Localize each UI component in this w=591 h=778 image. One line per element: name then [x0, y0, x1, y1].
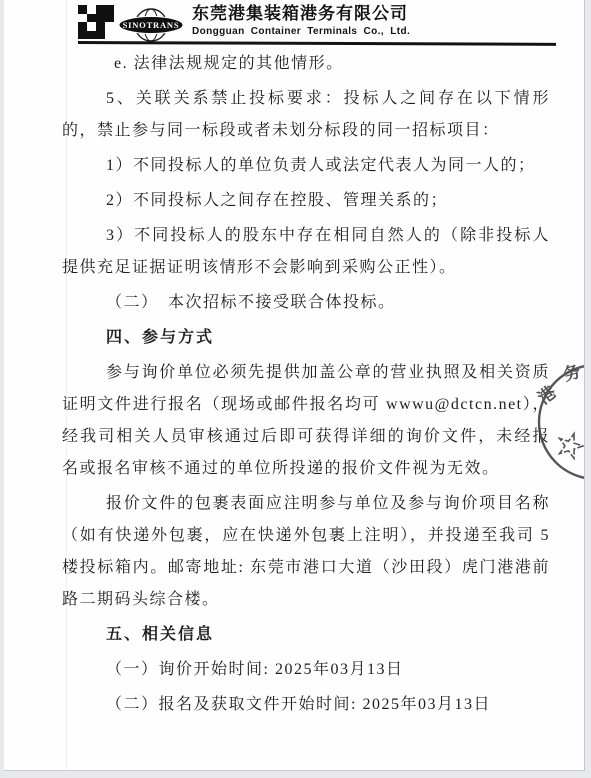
clause-5-item-2: 2）不同投标人之间存在控股、管理关系的；: [62, 185, 550, 217]
seal-outer-ring: [539, 365, 585, 479]
participation-registration-paragraph: 参与询价单位必须先提供加盖公章的营业执照及相关资质证明文件进行报名（现场或邮件报…: [62, 357, 550, 485]
sinotrans-mosaic-logo: [78, 5, 114, 39]
sinotrans-globe-logo: SINOTRANS: [118, 6, 184, 44]
clause-no-consortium-bids: （二） 本次招标不接受联合体投标。: [62, 287, 550, 319]
registration-start-date-line: （二）报名及获取文件开始时间: 2025年03月13日: [62, 689, 550, 721]
section-4-participation-heading: 四、参与方式: [62, 322, 550, 354]
company-titles: 东莞港集装箱港务有限公司 Dongguan Container Terminal…: [192, 3, 410, 38]
document-page: SINOTRANS 东莞港集装箱港务有限公司 Dongguan Containe…: [4, 0, 585, 771]
section-5-related-info-heading: 五、相关信息: [62, 619, 550, 651]
clause-e-other-cases: e. 法律法规规定的其他情形。: [62, 48, 550, 80]
inquiry-start-date-line: （一）询价开始时间: 2025年03月13日: [62, 654, 550, 686]
document-body: e. 法律法规规定的其他情形。 5、关联关系禁止投标要求：投标人之间存在以下情形…: [62, 45, 550, 724]
clause-5-item-3: 3）不同投标人的股东中存在相同自然人的（除非投标人提供充足证据证明该情形不会影响…: [62, 220, 550, 284]
company-name-cn: 东莞港集装箱港务有限公司: [192, 3, 410, 25]
letterhead: SINOTRANS 东莞港集装箱港务有限公司 Dongguan Containe…: [78, 3, 556, 41]
clause-5-related-party-ban: 5、关联关系禁止投标要求：投标人之间存在以下情形的，禁止参与同一标段或者未划分标…: [62, 83, 550, 147]
seal-star-icon: [555, 430, 585, 460]
sinotrans-wordmark: SINOTRANS: [123, 20, 180, 30]
company-seal-stamp: 港 务: [534, 358, 585, 490]
quotation-package-mailing-paragraph: 报价文件的包裹表面应注明参与单位及参与询价项目名称（如有快递外包裹，应在快递外包…: [62, 488, 550, 616]
seal-char-1: 港: [534, 383, 559, 408]
seal-char-2: 务: [561, 361, 583, 385]
clause-5-item-1: 1）不同投标人的单位负责人或法定代表人为同一人的；: [62, 150, 550, 182]
company-name-en: Dongguan Container Terminals Co., Ltd.: [192, 25, 410, 38]
